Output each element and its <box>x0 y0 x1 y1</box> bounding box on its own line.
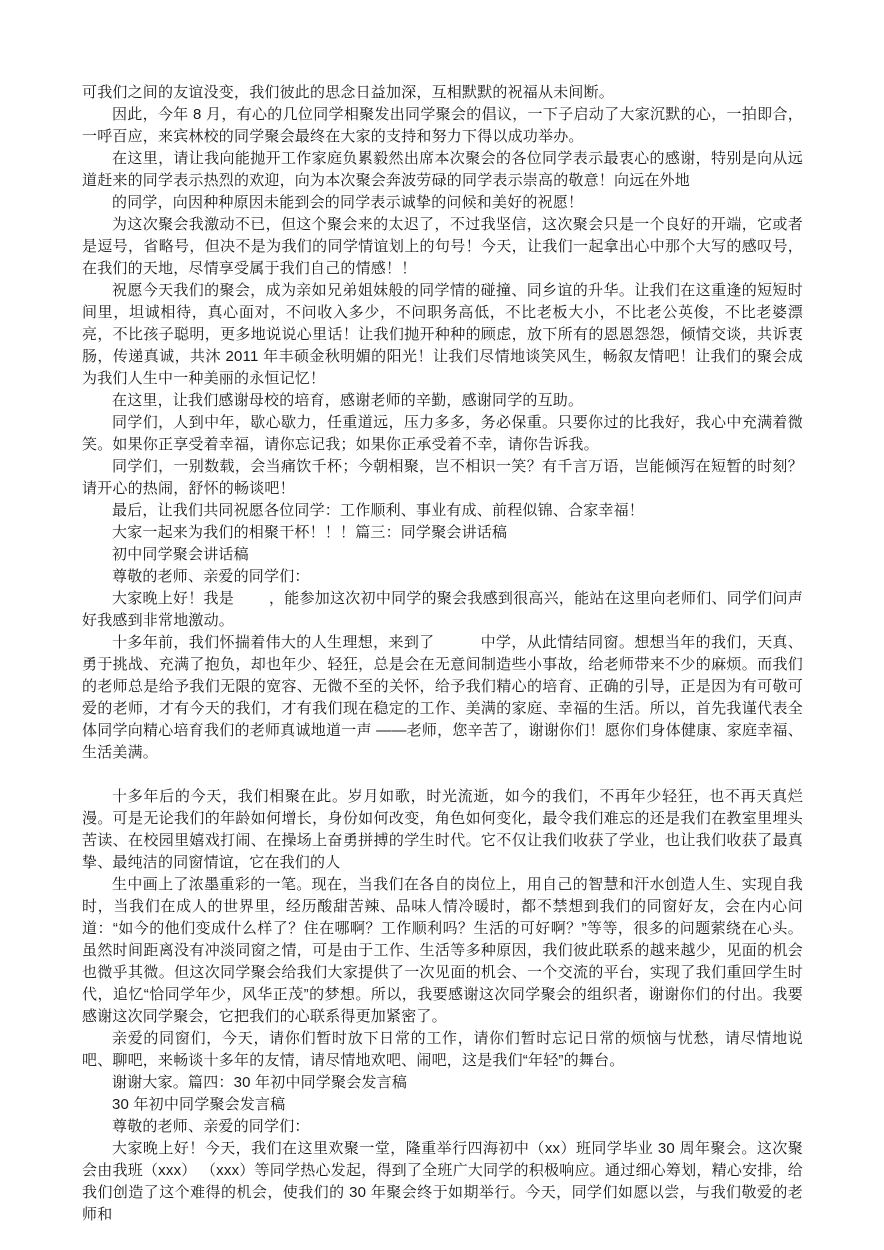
document-page: 可我们之间的友谊没变，我们彼此的思念日益加深，互相默默的祝福从未间断。因此，今年… <box>0 0 884 1250</box>
paragraph: 因此，今年 8 月，有心的几位同学相聚发出同学聚会的倡议，一下子启动了大家沉默的… <box>82 104 803 148</box>
paragraph: 同学们，一别数载，会当痛饮千杯；今朝相聚，岂不相识一笑？有千言万语，岂能倾泻在短… <box>82 456 803 500</box>
paragraph: 大家晚上好！今天，我们在这里欢聚一堂，隆重举行四海初中（xx）班同学毕业 30 … <box>82 1138 803 1226</box>
paragraph: 祝愿今天我们的聚会，成为亲如兄弟姐妹般的同学情的碰撞、同乡谊的升华。让我们在这重… <box>82 280 803 390</box>
document-body: 可我们之间的友谊没变，我们彼此的思念日益加深，互相默默的祝福从未间断。因此，今年… <box>82 82 803 1226</box>
paragraph: 在这里，让我们感谢母校的培育，感谢老师的辛勤，感谢同学的互助。 <box>82 390 803 412</box>
paragraph: 十多年前，我们怀揣着伟大的人生理想，来到了 中学，从此情结同窗。想想当年的我们，… <box>82 632 803 764</box>
paragraph: 初中同学聚会讲话稿 <box>82 544 803 566</box>
paragraph: 30 年初中同学聚会发言稿 <box>82 1094 803 1116</box>
paragraph: 谢谢大家。篇四：30 年初中同学聚会发言稿 <box>82 1072 803 1094</box>
paragraph: 可我们之间的友谊没变，我们彼此的思念日益加深，互相默默的祝福从未间断。 <box>82 82 803 104</box>
paragraph: 同学们，人到中年，歇心歇力，任重道远，压力多多，务必保重。只要你过的比我好，我心… <box>82 412 803 456</box>
paragraph: 尊敬的老师、亲爱的同学们： <box>82 566 803 588</box>
paragraph: 尊敬的老师、亲爱的同学们： <box>82 1116 803 1138</box>
paragraph: 生中画上了浓墨重彩的一笔。现在，当我们在各自的岗位上，用自己的智慧和汗水创造人生… <box>82 874 803 1028</box>
paragraph: 亲爱的同窗们，今天，请你们暂时放下日常的工作，请你们暂时忘记日常的烦恼与忧愁，请… <box>82 1028 803 1072</box>
paragraph: 为这次聚会我激动不已，但这个聚会来的太迟了，不过我坚信，这次聚会只是一个良好的开… <box>82 214 803 280</box>
paragraph: 大家一起来为我们的相聚干杯！！！篇三：同学聚会讲话稿 <box>82 522 803 544</box>
paragraph: 大家晚上好！我是 ，能参加这次初中同学的聚会我感到很高兴，能站在这里向老师们、同… <box>82 588 803 632</box>
blank-line <box>82 764 803 786</box>
paragraph: 最后，让我们共同祝愿各位同学：工作顺利、事业有成、前程似锦、合家幸福！ <box>82 500 803 522</box>
paragraph: 十多年后的今天，我们相聚在此。岁月如歌，时光流逝，如今的我们，不再年少轻狂，也不… <box>82 786 803 874</box>
paragraph: 在这里，请让我向能抛开工作家庭负累毅然出席本次聚会的各位同学表示最衷心的感谢，特… <box>82 148 803 192</box>
paragraph: 的同学，向因种种原因未能到会的同学表示诚挚的问候和美好的祝愿！ <box>82 192 803 214</box>
